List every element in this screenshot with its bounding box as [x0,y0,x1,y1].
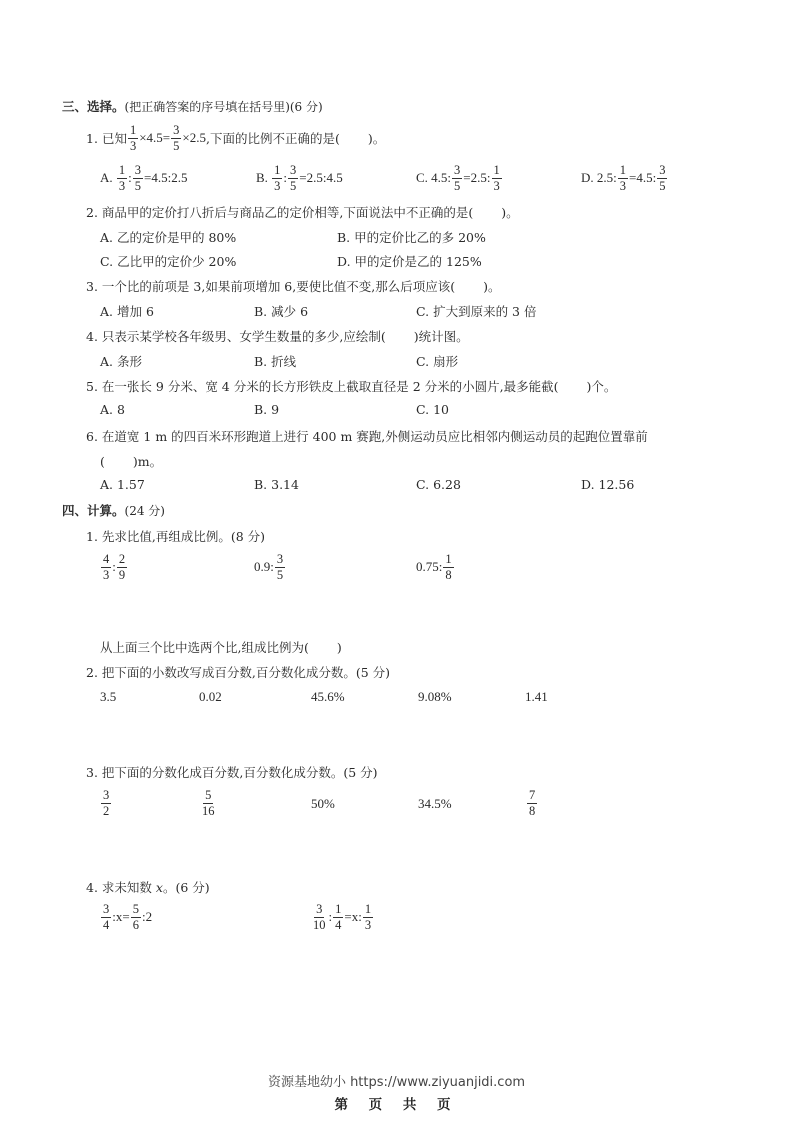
q3-option-a: A. 增加 6 [100,302,154,320]
q1-option-a: A. 13 : 35 =4.5:2.5 [100,164,187,192]
q5-option-a: A. 8 [100,402,125,417]
q3-option-b: B. 减少 6 [254,302,308,320]
fraction-item-1: 32 [100,789,112,817]
ratio-item-2: 0.9: 35 [254,553,286,581]
q1-option-c: C. 4.5: 35 =2.5: 13 [416,164,503,192]
percent-item-4: 9.08% [418,689,452,705]
q2-option-a: A. 乙的定价是甲的 80% [100,228,236,246]
q2-option-b: B. 甲的定价比乙的多 20% [337,228,486,246]
q6-option-d: D. 12.56 [581,477,634,492]
q6-option-a: A. 1.57 [100,477,145,492]
q5-option-b: B. 9 [254,402,279,417]
q3-option-c: C. 扩大到原来的 3 倍 [416,302,536,320]
section-3-title: 三、选择。 [62,99,125,114]
decimal-item-1: 3.5 [100,689,116,705]
percent-item-4: 34.5% [418,796,452,812]
q1-option-b: B. 13 : 35 =2.5:4.5 [256,164,343,192]
proportion-followup: 从上面三个比中选两个比,组成比例为() [100,638,342,656]
footer-page-number: 第 页 共 页 [0,1093,793,1113]
question-text: 已知 [102,129,127,147]
calc-question-3: 3. 把下面的分数化成百分数,百分数化成分数。(5 分) [86,763,378,781]
q5-option-c: C. 10 [416,402,449,417]
question-2: 2. 商品甲的定价打八折后与商品乙的定价相等,下面说法中不正确的是()。 [86,203,519,221]
section-4-title: 四、计算。 [62,503,125,518]
q2-option-d: D. 甲的定价是乙的 125% [337,252,482,270]
fraction-item-5: 78 [526,789,538,817]
section-4-heading: 四、计算。(24 分) [62,501,165,519]
q4-option-c: C. 扇形 [416,352,458,370]
fraction: 13 [128,124,138,152]
question-4: 4. 只表示某学校各年级男、女学生数量的多少,应绘制()统计图。 [86,327,469,345]
question-1: 1. 已知 13 ×4.5= 35 ×2.5 ,下面的比例不正确的是( )。 [86,124,385,152]
calc-question-2: 2. 把下面的小数改写成百分数,百分数化成分数。(5 分) [86,663,390,681]
q6-option-c: C. 6.28 [416,477,461,492]
q6-option-b: B. 3.14 [254,477,299,492]
ratio-item-3: 0.75: 18 [416,553,455,581]
question-3: 3. 一个比的前项是 3,如果前项增加 6,要使比值不变,那么后项应该()。 [86,277,500,295]
footer-source: 资源基地幼小 https://www.ziyuanjidi.com [0,1071,793,1090]
decimal-item-2: 0.02 [199,689,222,705]
ratio-item-1: 43 : 29 [100,553,128,581]
q2-option-c: C. 乙比甲的定价少 20% [100,252,236,270]
fraction: 35 [171,124,181,152]
percent-item-3: 50% [311,796,335,812]
decimal-item-5: 1.41 [525,689,548,705]
question-6: 6. 在道宽 1 m 的四百米环形跑道上进行 400 m 赛跑,外侧运动员应比相… [86,427,648,445]
fraction-item-2: 516 [199,789,218,817]
q4-option-b: B. 折线 [254,352,296,370]
equation-2: 310 : 14 =x: 13 [310,903,374,931]
question-6-line2: ()m。 [100,452,162,470]
section-4-points: (24 分) [125,504,165,518]
q4-option-a: A. 条形 [100,352,142,370]
calc-question-1: 1. 先求比值,再组成比例。(8 分) [86,527,265,545]
equation-1: 34 :x= 56 :2 [100,903,152,931]
q1-option-d: D. 2.5: 13 =4.5: 35 [581,164,668,192]
percent-item-3: 45.6% [311,689,345,705]
section-3-instruction: (把正确答案的序号填在括号里)(6 分) [125,100,323,114]
question-number: 1. [86,131,98,146]
calc-question-4: 4. 求未知数 x。(6 分) [86,878,210,896]
question-5: 5. 在一张长 9 分米、宽 4 分米的长方形铁皮上截取直径是 2 分米的小圆片… [86,377,616,395]
section-3-heading: 三、选择。(把正确答案的序号填在括号里)(6 分) [62,97,323,115]
